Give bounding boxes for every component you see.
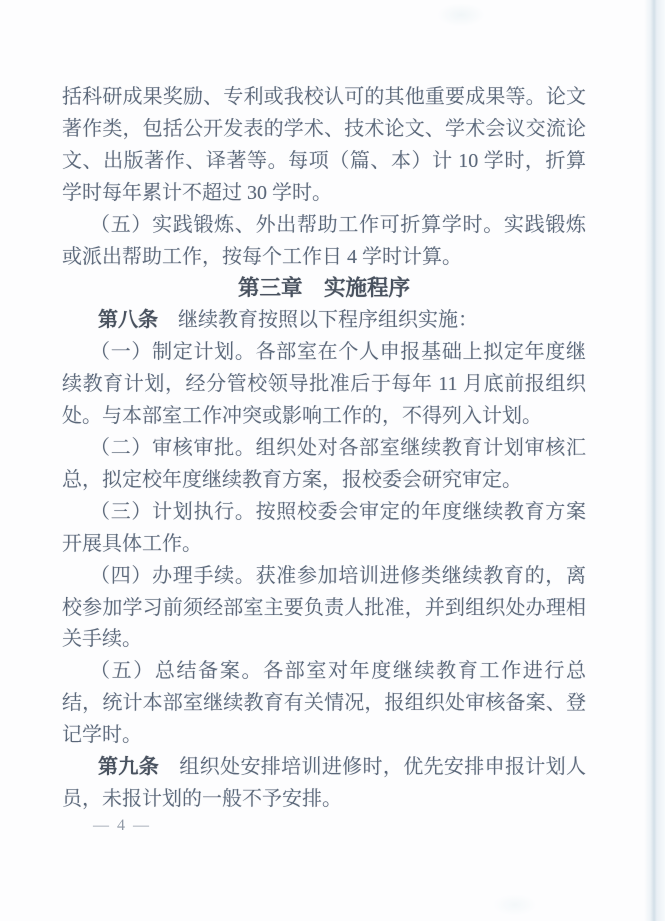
- text-lines: 括科研成果奖励、专利或我校认可的其他重要成果等。论文著作类，包括公开发表的学术、…: [62, 82, 586, 816]
- article-number: 第九条: [98, 756, 159, 778]
- text-line: 续教育计划，经分管校领导批准后于每年 11 月底前报组织: [62, 369, 586, 401]
- text-line: （二）审核审批。组织处对各部室继续教育计划审核汇: [62, 433, 586, 465]
- article-number: 第八条: [98, 309, 158, 331]
- text-line: （五）实践锻炼、外出帮助工作可折算学时。实践锻炼: [62, 210, 586, 242]
- text-line: 关手续。: [62, 624, 586, 656]
- text-line: 校参加学习前须经部室主要负责人批准，并到组织处办理相: [62, 593, 586, 625]
- scan-smudge: [493, 894, 537, 916]
- scanned-document-page: 括科研成果奖励、专利或我校认可的其他重要成果等。论文著作类，包括公开发表的学术、…: [0, 0, 665, 921]
- page-edge-shadow: [644, 0, 665, 921]
- page-number: — 4 —: [93, 817, 151, 835]
- text-line: 文、出版著作、译著等。每项（篇、本）计 10 学时，折算: [62, 146, 586, 178]
- text-line: 括科研成果奖励、专利或我校认可的其他重要成果等。论文: [62, 82, 586, 114]
- text-line: （一）制定计划。各部室在个人申报基础上拟定年度继: [62, 337, 586, 369]
- text-line: 著作类，包括公开发表的学术、技术论文、学术会议交流论: [62, 114, 586, 146]
- text-line: 结，统计本部室继续教育有关情况，报组织处审核备案、登: [62, 688, 586, 720]
- chapter-heading: 第三章 实施程序: [62, 273, 586, 305]
- text-line: 员，未报计划的一般不予安排。: [62, 784, 586, 816]
- text-line: 开展具体工作。: [62, 529, 586, 561]
- text-line: 记学时。: [62, 720, 586, 752]
- text-line: 第九条 组织处安排培训进修时，优先安排申报计划人: [62, 752, 586, 784]
- text-line: 或派出帮助工作，按每个工作日 4 学时计算。: [62, 242, 586, 274]
- text-line: （四）办理手续。获准参加培训进修类继续教育的，离: [62, 561, 586, 593]
- text-line: 处。与本部室工作冲突或影响工作的，不得列入计划。: [62, 401, 586, 433]
- text-line: 学时每年累计不超过 30 学时。: [62, 178, 586, 210]
- text-line: 总，拟定校年度继续教育方案，报校委会研究审定。: [62, 465, 586, 497]
- scan-smudge: [437, 3, 485, 27]
- text-line: （三）计划执行。按照校委会审定的年度继续教育方案: [62, 497, 586, 529]
- text-line: （五）总结备案。各部室对年度继续教育工作进行总: [62, 656, 586, 688]
- text-line: 第八条 继续教育按照以下程序组织实施：: [62, 305, 586, 337]
